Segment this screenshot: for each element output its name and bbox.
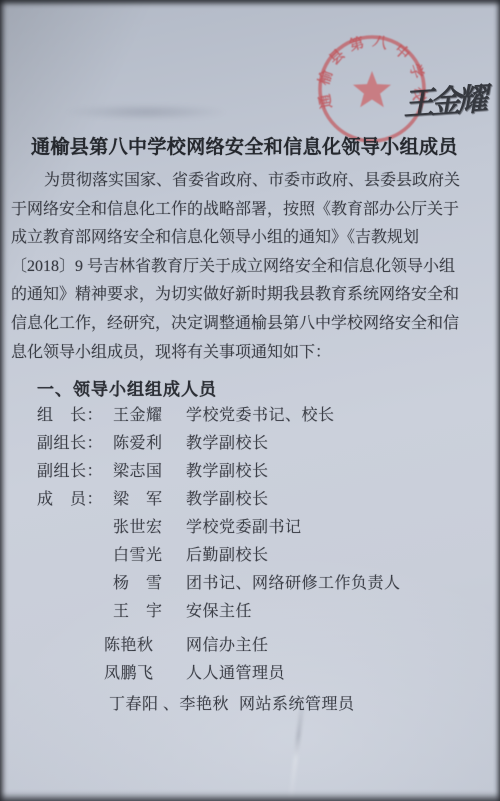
member-row: 白雪光 后勤副校长 xyxy=(37,539,457,567)
member-title: 后勤副校长 xyxy=(186,542,269,565)
member-role: 成 员： xyxy=(37,486,113,509)
document-photo: 通榆县第八中学校 王金耀 通榆县第八中学校网络安全和信息化领导小组成员 为贯彻落… xyxy=(0,0,500,801)
intro-paragraph: 为贯彻落实国家、省委省政府、市委市政府、县委县政府关 于网络安全和信息化工作的战… xyxy=(11,167,451,367)
member-title: 教学副校长 xyxy=(186,486,269,509)
member-row: 副组长： 陈爱利 教学副校长 xyxy=(37,427,457,455)
member-row: 成 员： 梁 军 教学副校长 xyxy=(37,483,457,511)
member-name: 凤鹏飞 xyxy=(104,660,186,683)
member-role: 副组长： xyxy=(37,430,113,453)
member-name: 陈爱利 xyxy=(113,430,186,453)
member-name: 陈艳秋 xyxy=(104,632,186,655)
paragraph-line: 信息化工作，经研究，决定调整通榆县第八中学校网络安全和信 xyxy=(11,310,451,339)
member-role: 组 长： xyxy=(37,402,113,425)
member-name: 梁 军 xyxy=(113,486,186,509)
paragraph-line: 息化领导小组成员，现将有关事项通知如下： xyxy=(11,339,451,368)
member-row: 王 宇 安保主任 xyxy=(37,595,457,623)
member-title: 学校党委书记、校长 xyxy=(186,402,335,425)
member-title: 学校党委副书记 xyxy=(186,514,302,537)
member-name: 白雪光 xyxy=(113,542,186,565)
member-name: 丁春阳 、李艳秋 xyxy=(109,691,239,714)
member-title: 人人通管理员 xyxy=(186,660,285,683)
ink-bleed-smudge xyxy=(66,104,226,120)
member-name: 王 宇 xyxy=(113,598,186,621)
section-heading: 一、领导小组组成人员 xyxy=(37,375,217,400)
paragraph-line: 的通知》精神要求，为切实做好新时期我县教育系统网络安全和 xyxy=(11,281,451,310)
seal-star-icon xyxy=(353,71,391,107)
member-name: 王金耀 xyxy=(113,402,186,425)
document-title: 通榆县第八中学校网络安全和信息化领导小组成员 xyxy=(31,132,476,159)
members-list: 组 长： 王金耀 学校党委书记、校长 副组长： 陈爱利 教学副校长 副组长： 梁… xyxy=(37,399,457,716)
paragraph-line: 于网络安全和信息化工作的战略部署，按照《教育部办公厅关于 xyxy=(11,196,451,225)
member-row: 组 长： 王金耀 学校党委书记、校长 xyxy=(37,399,457,427)
member-name: 杨 雪 xyxy=(113,570,186,593)
paragraph-line: 成立教育部网络安全和信息化领导小组的通知》《吉教规划 xyxy=(11,224,451,253)
handwritten-signature: 王金耀 xyxy=(402,73,491,124)
member-name: 梁志国 xyxy=(113,458,186,481)
member-name: 张世宏 xyxy=(113,514,186,537)
member-row: 杨 雪 团书记、网络研修工作负责人 xyxy=(37,567,457,595)
member-role: 副组长： xyxy=(37,458,113,481)
paragraph-line: 为贯彻落实国家、省委省政府、市委市政府、县委县政府关 xyxy=(11,167,451,196)
member-row: 副组长： 梁志国 教学副校长 xyxy=(37,455,457,483)
member-title: 团书记、网络研修工作负责人 xyxy=(186,570,401,593)
member-title: 教学副校长 xyxy=(186,430,269,453)
member-title: 教学副校长 xyxy=(186,458,269,481)
member-row: 张世宏 学校党委副书记 xyxy=(37,511,457,539)
member-title: 网站系统管理员 xyxy=(239,691,355,714)
member-row: 凤鹏飞 人人通管理员 xyxy=(37,657,457,685)
member-row: 陈艳秋 网信办主任 xyxy=(37,629,457,657)
member-title: 安保主任 xyxy=(186,598,252,621)
member-title: 网信办主任 xyxy=(186,632,269,655)
paragraph-line: 〔2018〕9 号吉林省教育厅关于成立网络安全和信息化领导小组 xyxy=(11,253,451,282)
member-row: 丁春阳 、李艳秋 网站系统管理员 xyxy=(37,688,457,716)
